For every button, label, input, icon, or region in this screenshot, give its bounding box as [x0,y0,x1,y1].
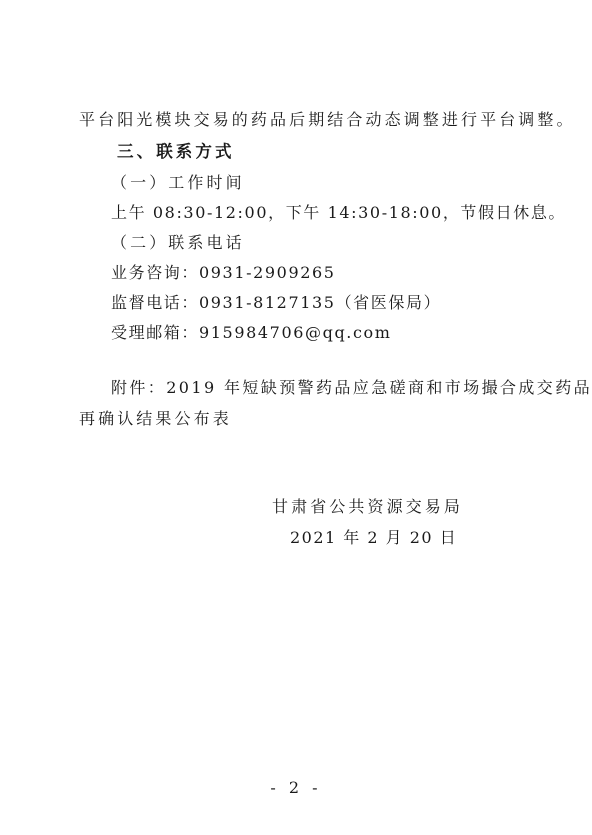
page-number: - 2 - [0,778,592,797]
signature-organization: 甘肃省公共资源交易局 [272,497,463,517]
attachment-line-1: 附件：2019 年短缺预警药品应急磋商和市场撮合成交药品 [111,378,592,398]
subsection-work-hours-title: （一）工作时间 [111,173,245,193]
paragraph-continuation: 平台阳光模块交易的药品后期结合动态调整进行平台调整。 [79,110,576,130]
business-inquiry-phone: 业务咨询：0931-2909265 [111,263,336,283]
supervision-phone: 监督电话：0931-8127135（省医保局） [111,293,441,313]
section-heading: 三、联系方式 [117,142,235,162]
complaint-email: 受理邮箱：915984706@qq.com [111,323,392,343]
work-hours-text: 上午 08:30-12:00，下午 14:30-18:00，节假日休息。 [111,203,566,223]
signature-date: 2021 年 2 月 20 日 [290,528,457,548]
subsection-contact-phone-title: （二）联系电话 [111,233,245,253]
attachment-line-2: 再确认结果公布表 [79,409,232,429]
